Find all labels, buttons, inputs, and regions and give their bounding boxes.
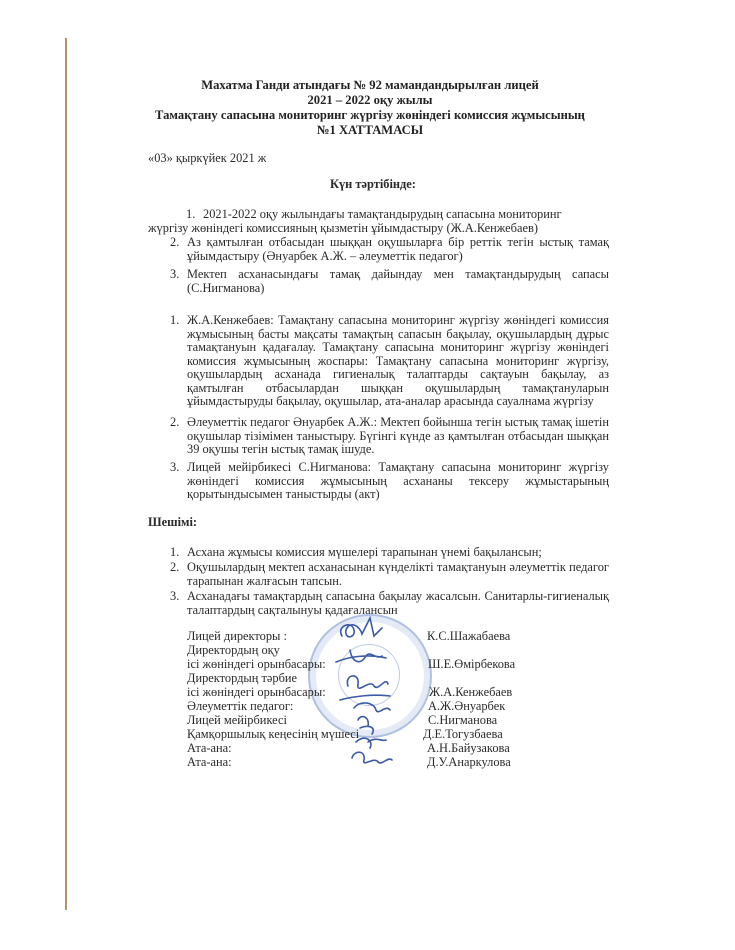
discussion-item-3: 3. Лицей мейірбикесі С.Нигманова: Тамақт…	[187, 461, 609, 502]
signature-name-parent-2: Д.У.Анаркулова	[427, 756, 511, 770]
decision-item-1-number: 1.	[170, 546, 179, 560]
discussion-item-1: 1. Ж.А.Кенжебаев: Тамақтану сапасына мон…	[187, 314, 609, 409]
header-commission-title: Тамақтану сапасына мониторинг жүргізу жө…	[130, 108, 610, 123]
agenda-item-1-number: 1.	[186, 208, 195, 222]
signature-name-deputy-upbringing: Ж.А.Кенжебаев	[429, 686, 512, 700]
decision-item-3-text: Асханадағы тамақтардың сапасына бақылау …	[187, 590, 609, 617]
signature-role-social-pedagogue: Әлеуметтік педагог:	[187, 700, 293, 714]
agenda-item-3-number: 3.	[170, 268, 179, 282]
signature-role-nurse: Лицей мейірбикесі	[187, 714, 287, 728]
signature-name-social-pedagogue: А.Ж.Әнуарбек	[428, 700, 505, 714]
discussion-item-1-number: 1.	[170, 314, 179, 328]
decision-item-2-number: 2.	[170, 561, 179, 575]
decision-title: Шешімі:	[148, 516, 197, 530]
agenda-item-1-line1: 2021-2022 оқу жылындағы тамақтандырудың …	[203, 208, 562, 222]
discussion-item-3-text: Лицей мейірбикесі С.Нигманова: Тамақтану…	[187, 461, 609, 502]
signature-role-board-member: Қамқоршылық кеңесінің мүшесі	[187, 728, 359, 742]
discussion-item-2-text: Әлеуметтік педагог Әнуарбек А.Ж.: Мектеп…	[187, 416, 609, 457]
discussion-item-2: 2. Әлеуметтік педагог Әнуарбек А.Ж.: Мек…	[187, 416, 609, 457]
header-school-name: Махатма Ганди атындағы № 92 мамандандыры…	[130, 78, 610, 93]
signature-role-parent-2: Ата-ана:	[187, 756, 232, 770]
signature-role-deputy-upbringing-l2: ісі жөніндегі орынбасары:	[187, 686, 326, 700]
discussion-item-3-number: 3.	[170, 461, 179, 475]
discussion-item-1-text: Ж.А.Кенжебаев: Тамақтану сапасына монито…	[187, 314, 609, 409]
agenda-title: Күн тәртібінде:	[330, 178, 416, 192]
handwritten-signatures	[330, 616, 410, 776]
agenda-item-2-number: 2.	[170, 236, 179, 250]
decision-item-1: 1. Асхана жұмысы комиссия мүшелері тарап…	[187, 546, 609, 560]
signature-role-deputy-academic-l2: ісі жөніндегі орынбасары:	[187, 658, 326, 672]
signature-role-deputy-upbringing-l1: Директордың тәрбие	[187, 672, 297, 686]
document-page: Махатма Ганди атындағы № 92 мамандандыры…	[0, 0, 735, 950]
agenda-item-1-line2: жүргізу жөніндегі комиссияның қызметін ұ…	[148, 222, 538, 236]
protocol-date: «03» қыркүйек 2021 ж	[148, 152, 266, 166]
signature-name-director: К.С.Шажабаева	[427, 630, 510, 644]
agenda-item-3: 3. Мектеп асханасындағы тамақ дайындау м…	[187, 268, 609, 295]
signature-name-nurse: С.Нигманова	[428, 714, 497, 728]
agenda-item-3-text: Мектеп асханасындағы тамақ дайындау мен …	[187, 268, 609, 295]
decision-item-2: 2. Оқушылардың мектеп асханасынан күндел…	[187, 561, 609, 588]
decision-item-2-text: Оқушылардың мектеп асханасынан күнделікт…	[187, 561, 609, 588]
signature-name-deputy-academic: Ш.Е.Өмірбекова	[428, 658, 515, 672]
signature-role-deputy-academic-l1: Директордың оқу	[187, 644, 280, 658]
discussion-item-2-number: 2.	[170, 416, 179, 430]
decision-item-3: 3. Асханадағы тамақтардың сапасына бақыл…	[187, 590, 609, 617]
scan-edge-line	[65, 38, 67, 910]
agenda-item-2-text: Аз қамтылған отбасыдан шыққан оқушыларға…	[187, 236, 609, 263]
decision-item-1-text: Асхана жұмысы комиссия мүшелері тарапына…	[187, 546, 609, 560]
agenda-item-2: 2. Аз қамтылған отбасыдан шыққан оқушыла…	[187, 236, 609, 263]
signature-name-board-member: Д.Е.Тогузбаева	[423, 728, 503, 742]
decision-item-3-number: 3.	[170, 590, 179, 604]
signature-name-parent-1: А.Н.Байузакова	[427, 742, 510, 756]
signature-role-parent-1: Ата-ана:	[187, 742, 232, 756]
header-academic-year: 2021 – 2022 оқу жылы	[130, 93, 610, 108]
signature-role-director: Лицей директоры :	[187, 630, 287, 644]
header-protocol-number: №1 ХАТТАМАСЫ	[130, 123, 610, 138]
